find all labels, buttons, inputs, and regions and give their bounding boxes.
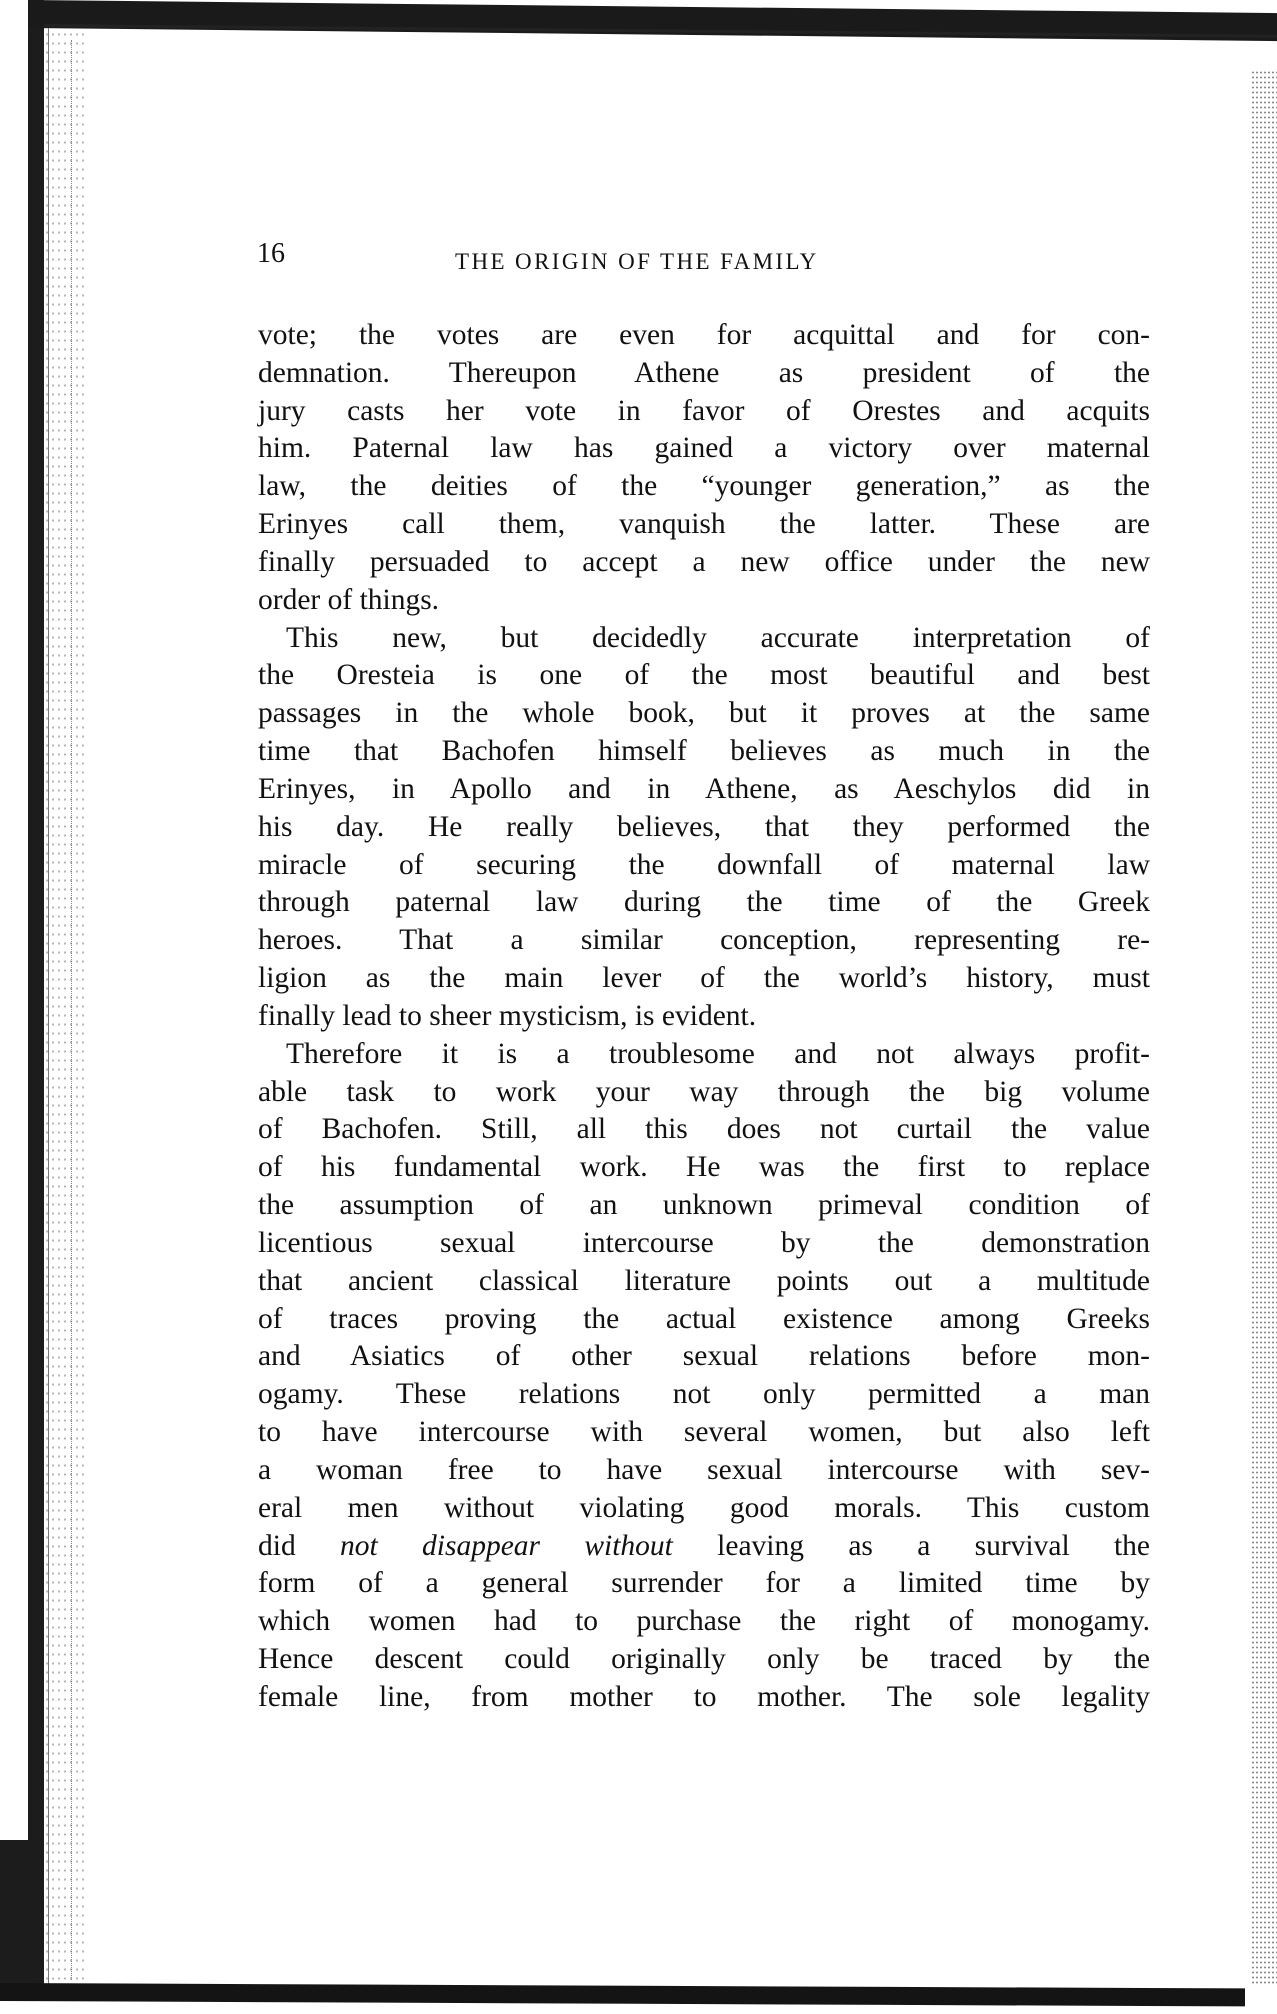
text-line: the Oresteia is one of the most beautifu… bbox=[258, 657, 1150, 695]
paragraph-end-line: finally lead to sheer mysticism, is evid… bbox=[258, 998, 1150, 1036]
body-text: vote; the votes are even for acquittal a… bbox=[258, 317, 1150, 1717]
text-line: law, the deities of the “younger generat… bbox=[258, 468, 1150, 506]
scan-left-noise bbox=[44, 30, 84, 1985]
text-line: demnation. Thereupon Athene as president… bbox=[258, 355, 1150, 393]
text-line-with-italic: did not disappear without leaving as a s… bbox=[258, 1528, 1150, 1566]
text-line: which women had to purchase the right of… bbox=[258, 1603, 1150, 1641]
text-segment: leaving as a survival the bbox=[673, 1530, 1150, 1562]
text-line: that ancient classical literature points… bbox=[258, 1263, 1150, 1301]
page-number: 16 bbox=[257, 240, 285, 268]
scan-left-edge bbox=[28, 0, 44, 1995]
text-line: Hence descent could originally only be t… bbox=[258, 1641, 1150, 1679]
text-line: female line, from mother to mother. The … bbox=[258, 1679, 1150, 1717]
text-line: Erinyes call them, vanquish the latter. … bbox=[258, 506, 1150, 544]
paragraph-start-line: Therefore it is a troublesome and not al… bbox=[258, 1036, 1150, 1074]
text-line: and Asiatics of other sexual relations b… bbox=[258, 1338, 1150, 1376]
text-line: form of a general surrender for a limite… bbox=[258, 1565, 1150, 1603]
text-line: vote; the votes are even for acquittal a… bbox=[258, 317, 1150, 355]
paragraph-start-line: This new, but decidedly accurate interpr… bbox=[258, 620, 1150, 658]
text-line: miracle of securing the downfall of mate… bbox=[258, 847, 1150, 885]
text-line: ligion as the main lever of the world’s … bbox=[258, 960, 1150, 998]
text-line: of traces proving the actual existence a… bbox=[258, 1301, 1150, 1339]
running-head: THE ORIGIN OF THE FAMILY bbox=[455, 250, 819, 274]
text-line: the assumption of an unknown primeval co… bbox=[258, 1187, 1150, 1225]
text-line: eral men without violating good morals. … bbox=[258, 1490, 1150, 1528]
scan-right-noise bbox=[1251, 70, 1277, 1985]
text-line: time that Bachofen himself believes as m… bbox=[258, 733, 1150, 771]
scan-bottom-edge bbox=[0, 1983, 1245, 2006]
text-line: licentious sexual intercourse by the dem… bbox=[258, 1225, 1150, 1263]
text-line: him. Paternal law has gained a victory o… bbox=[258, 430, 1150, 468]
text-line: through paternal law during the time of … bbox=[258, 884, 1150, 922]
text-line: ogamy. These relations not only permitte… bbox=[258, 1376, 1150, 1414]
text-line: finally persuaded to accept a new office… bbox=[258, 544, 1150, 582]
text-line: heroes. That a similar conception, repre… bbox=[258, 922, 1150, 960]
text-segment: did bbox=[258, 1530, 340, 1562]
text-line: of his fundamental work. He was the firs… bbox=[258, 1149, 1150, 1187]
text-line: a woman free to have sexual intercourse … bbox=[258, 1452, 1150, 1490]
text-line: his day. He really believes, that they p… bbox=[258, 809, 1150, 847]
paragraph-end-line: order of things. bbox=[258, 582, 1150, 620]
text-line: Erinyes, in Apollo and in Athene, as Aes… bbox=[258, 771, 1150, 809]
text-line: of Bachofen. Still, all this does not cu… bbox=[258, 1111, 1150, 1149]
text-line: jury casts her vote in favor of Orestes … bbox=[258, 393, 1150, 431]
text-line: to have intercourse with several women, … bbox=[258, 1414, 1150, 1452]
text-line: able task to work your way through the b… bbox=[258, 1074, 1150, 1112]
scan-left-edge-bottom bbox=[0, 1840, 36, 2000]
italic-emphasis: not disappear without bbox=[340, 1530, 673, 1562]
text-line: passages in the whole book, but it prove… bbox=[258, 695, 1150, 733]
